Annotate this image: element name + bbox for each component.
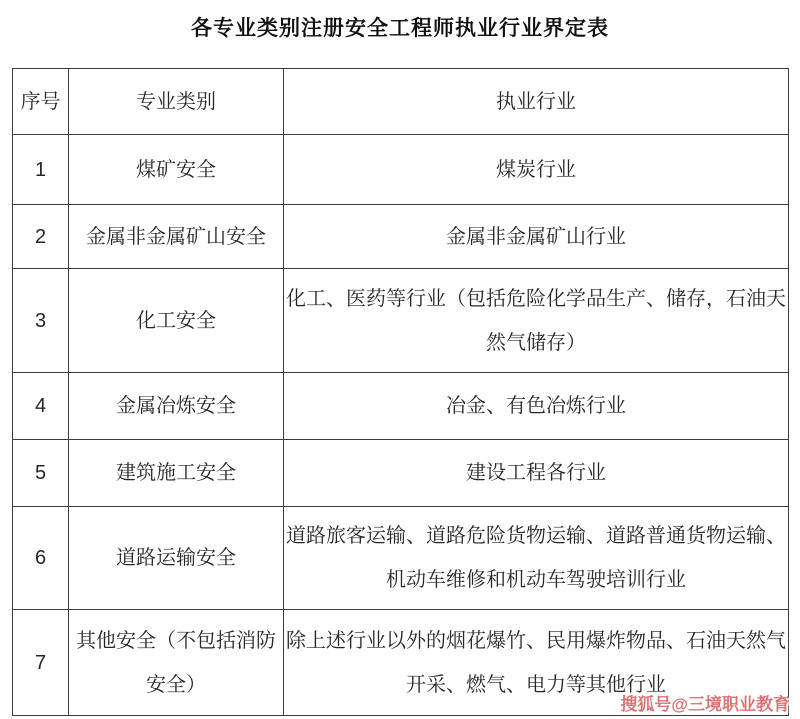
cell-no: 6	[13, 507, 69, 610]
table-row: 2 金属非金属矿山安全 金属非金属矿山行业	[13, 205, 789, 269]
page-title: 各专业类别注册安全工程师执业行业界定表	[0, 12, 800, 42]
cell-industry: 冶金、有色冶炼行业	[284, 373, 789, 440]
table-row: 6 道路运输安全 道路旅客运输、道路危险货物运输、道路普通货物运输、机动车维修和…	[13, 507, 789, 610]
header-industry: 执业行业	[284, 69, 789, 135]
table-header-row: 序号 专业类别 执业行业	[13, 69, 789, 135]
cell-industry: 道路旅客运输、道路危险货物运输、道路普通货物运输、机动车维修和机动车驾驶培训行业	[284, 507, 789, 610]
cell-industry: 金属非金属矿山行业	[284, 205, 789, 269]
cell-industry: 煤炭行业	[284, 135, 789, 205]
cell-category: 化工安全	[69, 269, 284, 373]
table-row: 3 化工安全 化工、医药等行业（包括危险化学品生产、储存，石油天然气储存）	[13, 269, 789, 373]
cell-no: 2	[13, 205, 69, 269]
table-row: 4 金属冶炼安全 冶金、有色冶炼行业	[13, 373, 789, 440]
cell-category: 道路运输安全	[69, 507, 284, 610]
cell-no: 4	[13, 373, 69, 440]
industry-definition-table: 序号 专业类别 执业行业 1 煤矿安全 煤炭行业 2 金属非金属矿山安全 金属非…	[12, 68, 789, 716]
cell-industry: 化工、医药等行业（包括危险化学品生产、储存，石油天然气储存）	[284, 269, 789, 373]
sohu-watermark: 搜狐号@三境职业教育	[620, 690, 790, 715]
cell-industry: 建设工程各行业	[284, 440, 789, 507]
cell-category: 金属冶炼安全	[69, 373, 284, 440]
cell-no: 1	[13, 135, 69, 205]
cell-category: 其他安全（不包括消防安全）	[69, 610, 284, 716]
header-category: 专业类别	[69, 69, 284, 135]
cell-category: 煤矿安全	[69, 135, 284, 205]
table-row: 1 煤矿安全 煤炭行业	[13, 135, 789, 205]
header-no: 序号	[13, 69, 69, 135]
cell-no: 7	[13, 610, 69, 716]
cell-no: 5	[13, 440, 69, 507]
cell-category: 建筑施工安全	[69, 440, 284, 507]
cell-no: 3	[13, 269, 69, 373]
cell-category: 金属非金属矿山安全	[69, 205, 284, 269]
table-row: 5 建筑施工安全 建设工程各行业	[13, 440, 789, 507]
